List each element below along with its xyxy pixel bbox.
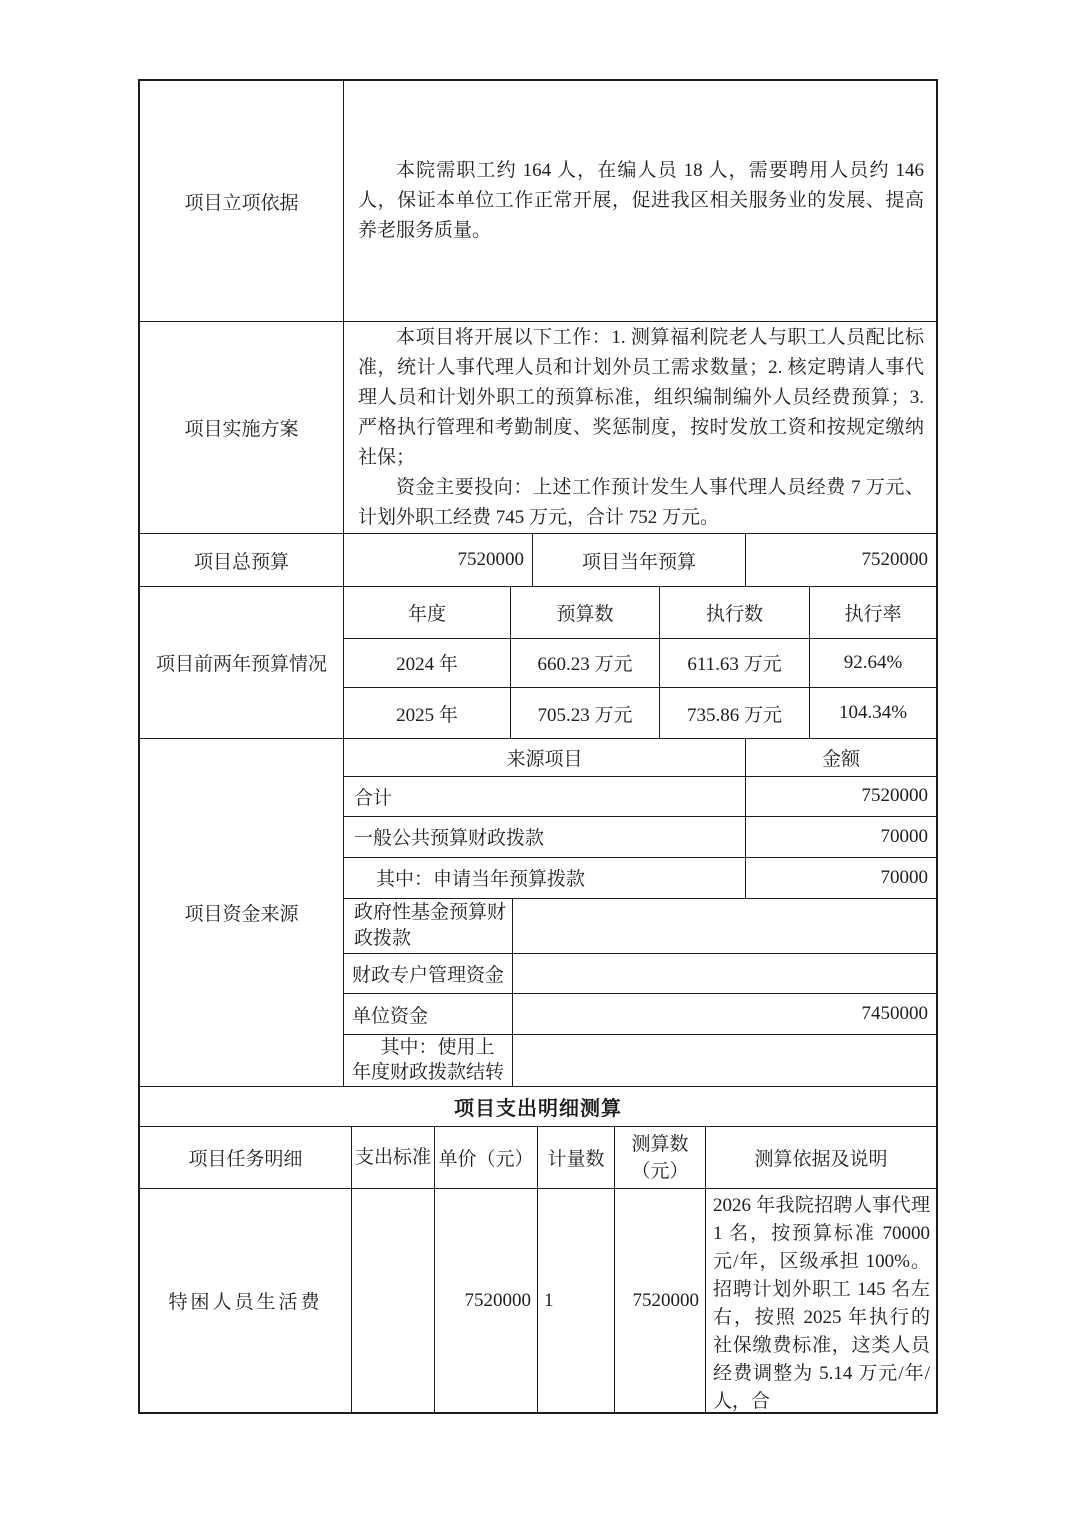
funding-government-fund-label: 政府性基金预算财政拨款 [344,899,513,953]
header-task-detail: 项目任务明细 [140,1127,352,1188]
executed-2025: 735.86 万元 [660,688,810,738]
funding-carryover-label: 其中：使用上年度财政拨款结转 [344,1035,513,1086]
funding-unit-funds-amount: 7450000 [513,994,936,1034]
previous-years-header-row: 年度 预算数 执行数 执行率 [344,587,936,639]
task-unit-price: 7520000 [435,1189,538,1412]
section-previous-years: 项目前两年预算情况 年度 预算数 执行数 执行率 2024 年 660.23 万… [140,587,936,739]
header-budget: 预算数 [511,587,660,638]
implementation-plan-label: 项目实施方案 [140,322,344,533]
previous-years-table: 年度 预算数 执行数 执行率 2024 年 660.23 万元 611.63 万… [344,587,936,738]
total-budget-value: 7520000 [344,534,533,586]
executed-2024: 611.63 万元 [660,639,810,688]
funding-unit-funds-label: 单位资金 [344,994,513,1034]
section-total-budget: 项目总预算 7520000 项目当年预算 7520000 [140,534,936,587]
header-expenditure-standard: 支出标准 [352,1127,435,1188]
current-year-budget-value: 7520000 [746,534,936,586]
task-name: 特困人员生活费 [140,1189,352,1412]
section-approval-basis: 项目立项依据 本院需职工约 164 人，在编人员 18 人，需要聘用人员约 14… [140,81,936,322]
section-funding-source: 项目资金来源 来源项目 金额 合计 7520000 一般公共预算财政拨款 700… [140,739,936,1087]
funding-row-unit-funds: 单位资金 7450000 [344,994,936,1035]
document-page: 项目立项依据 本院需职工约 164 人，在编人员 18 人，需要聘用人员约 14… [0,0,1074,1520]
task-quantity: 1 [538,1189,615,1412]
previous-years-row-2024: 2024 年 660.23 万元 611.63 万元 92.64% [344,639,936,689]
funding-fiscal-account-amount [513,954,936,993]
funding-header-row: 来源项目 金额 [344,739,936,777]
funding-amount-header: 金额 [746,739,936,776]
funding-row-government-fund: 政府性基金预算财政拨款 [344,899,936,954]
funding-row-total: 合计 7520000 [344,777,936,817]
section-expenditure-detail-title: 项目支出明细测算 [140,1087,936,1127]
header-executed: 执行数 [660,587,810,638]
header-execution-rate: 执行率 [810,587,936,638]
header-year: 年度 [344,587,511,638]
approval-basis-label: 项目立项依据 [140,81,344,321]
header-unit-price: 单价（元） [435,1127,538,1188]
funding-source-header: 来源项目 [344,739,746,776]
funding-general-public-amount: 70000 [746,817,936,857]
funding-row-current-year-appropriation: 其中：申请当年预算拨款 70000 [344,858,936,900]
section-implementation-plan: 项目实施方案 本项目将开展以下工作：1. 测算福利院老人与职工人员配比标准，统计… [140,322,936,534]
implementation-plan-content: 本项目将开展以下工作：1. 测算福利院老人与职工人员配比标准，统计人事代理人员和… [344,322,936,533]
funding-government-fund-amount [513,899,936,953]
budget-2024: 660.23 万元 [511,639,660,688]
project-budget-table: 项目立项依据 本院需职工约 164 人，在编人员 18 人，需要聘用人员约 14… [138,79,938,1414]
year-2024: 2024 年 [344,639,511,688]
implementation-plan-para2: 资金主要投向：上述工作预计发生人事代理人员经费 7 万元、计划外职工经费 745… [358,473,924,533]
implementation-plan-para1: 本项目将开展以下工作：1. 测算福利院老人与职工人员配比标准，统计人事代理人员和… [358,323,924,473]
funding-row-general-public: 一般公共预算财政拨款 70000 [344,817,936,858]
header-basis: 测算依据及说明 [706,1127,936,1188]
previous-years-row-2025: 2025 年 705.23 万元 735.86 万元 104.34% [344,688,936,738]
previous-years-label: 项目前两年预算情况 [140,587,344,738]
funding-current-year-appropriation-amount: 70000 [746,858,936,899]
year-2025: 2025 年 [344,688,511,738]
funding-total-label: 合计 [344,777,746,816]
budget-2025: 705.23 万元 [511,688,660,738]
funding-fiscal-account-label: 财政专户管理资金 [344,954,513,993]
task-standard [352,1189,435,1412]
funding-carryover-amount [513,1035,936,1086]
section-expenditure-detail-header: 项目任务明细 支出标准 单价（元） 计量数 测算数（元） 测算依据及说明 [140,1127,936,1189]
approval-basis-text: 本院需职工约 164 人，在编人员 18 人，需要聘用人员约 146 人，保证本… [358,156,924,246]
funding-source-label: 项目资金来源 [140,739,344,1086]
funding-total-amount: 7520000 [746,777,936,816]
funding-current-year-appropriation-label: 其中：申请当年预算拨款 [344,858,746,899]
expenditure-detail-title: 项目支出明细测算 [140,1087,936,1126]
header-quantity: 计量数 [538,1127,615,1188]
section-expenditure-detail-row: 特困人员生活费 7520000 1 7520000 2026 年我院招聘人事代理… [140,1189,936,1412]
total-budget-label: 项目总预算 [140,534,344,586]
approval-basis-content: 本院需职工约 164 人，在编人员 18 人，需要聘用人员约 146 人，保证本… [344,81,936,321]
funding-row-carryover: 其中：使用上年度财政拨款结转 [344,1035,936,1086]
funding-general-public-label: 一般公共预算财政拨款 [344,817,746,857]
task-basis: 2026 年我院招聘人事代理 1 名，按预算标准 70000 元/年，区级承担 … [706,1189,936,1412]
task-estimate: 7520000 [615,1189,706,1412]
funding-source-table: 来源项目 金额 合计 7520000 一般公共预算财政拨款 70000 其中：申… [344,739,936,1086]
rate-2025: 104.34% [810,688,936,738]
rate-2024: 92.64% [810,639,936,688]
header-estimate: 测算数（元） [615,1127,706,1188]
funding-row-fiscal-account: 财政专户管理资金 [344,954,936,994]
current-year-budget-label: 项目当年预算 [533,534,746,586]
